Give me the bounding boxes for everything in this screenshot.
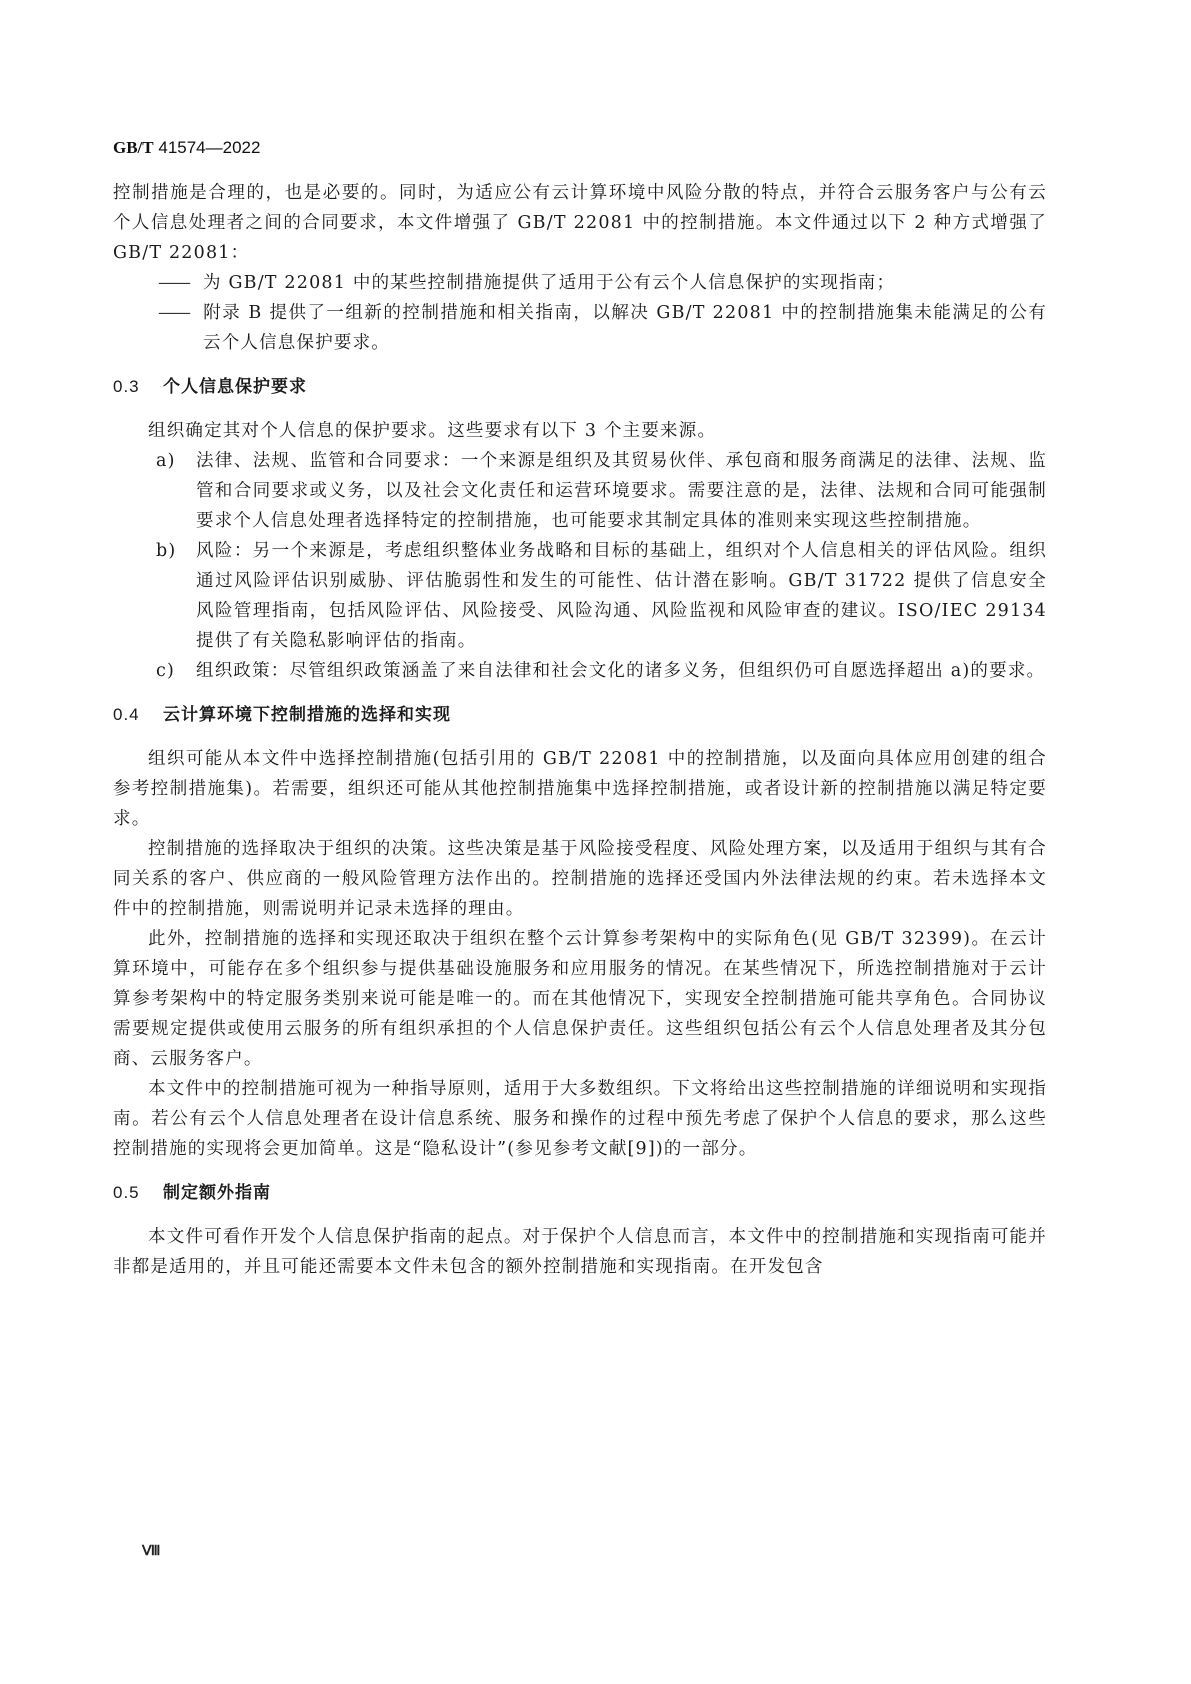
list-item-c: c) 组织政策：尽管组织政策涵盖了来自法律和社会文化的诸多义务，但组织仍可自愿选… [113,656,1047,686]
section-paragraph: 本文件可看作开发个人信息保护指南的起点。对于保护个人信息而言，本文件中的控制措施… [113,1222,1047,1282]
dash-list-item: ——为 GB/T 22081 中的某些控制措施提供了适用于公有云个人信息保护的实… [158,268,1047,298]
em-dash-marker: —— [158,298,203,328]
dash-list-item: ——附录 B 提供了一组新的控制措施和相关指南，以解决 GB/T 22081 中… [158,298,1047,358]
list-item-text: 组织政策：尽管组织政策涵盖了来自法律和社会文化的诸多义务，但组织仍可自愿选择超出… [196,656,1047,686]
section-number: 0.3 [113,372,163,402]
list-item-text: 风险：另一个来源是，考虑组织整体业务战略和目标的基础上，组织对个人信息相关的评估… [196,536,1047,656]
section-paragraph: 本文件中的控制措施可视为一种指导原则，适用于大多数组织。下文将给出这些控制措施的… [113,1074,1047,1164]
section-title: 个人信息保护要求 [163,377,307,397]
section-paragraph: 组织可能从本文件中选择控制措施(包括引用的 GB/T 22081 中的控制措施，… [113,744,1047,834]
section-paragraph: 组织确定其对个人信息的保护要求。这些要求有以下 3 个主要来源。 [113,416,1047,446]
standard-prefix: GB/T [113,138,154,157]
list-item-a: a) 法律、法规、监管和合同要求：一个来源是组织及其贸易伙伴、承包商和服务商满足… [113,446,1047,536]
section-heading-0-5: 0.5制定额外指南 [113,1178,1047,1208]
list-item-label: b) [156,536,176,566]
section-title: 制定额外指南 [163,1183,271,1203]
em-dash-marker: —— [158,268,203,298]
section-heading-0-4: 0.4云计算环境下控制措施的选择和实现 [113,700,1047,730]
section-title: 云计算环境下控制措施的选择和实现 [163,705,451,725]
standard-code-header: GB/T 41574—2022 [113,138,260,158]
list-item-b: b) 风险：另一个来源是，考虑组织整体业务战略和目标的基础上，组织对个人信息相关… [113,536,1047,656]
page-number: Ⅷ [142,1543,159,1560]
list-item-label: a) [156,446,176,476]
section-number: 0.4 [113,700,163,730]
list-item-label: c) [156,656,175,686]
standard-number: 41574—2022 [158,138,260,157]
section-paragraph: 此外，控制措施的选择和实现还取决于组织在整个云计算参考架构中的实际角色(见 GB… [113,924,1047,1074]
dash-item-text: 附录 B 提供了一组新的控制措施和相关指南，以解决 GB/T 22081 中的控… [203,303,1047,353]
section-number: 0.5 [113,1178,163,1208]
dash-item-text: 为 GB/T 22081 中的某些控制措施提供了适用于公有云个人信息保护的实现指… [203,273,895,293]
document-page: GB/T 41574—2022 控制措施是合理的，也是必要的。同时，为适应公有云… [0,0,1191,1684]
section-paragraph: 控制措施的选择取决于组织的决策。这些决策是基于风险接受程度、风险处理方案，以及适… [113,834,1047,924]
list-item-text: 法律、法规、监管和合同要求：一个来源是组织及其贸易伙伴、承包商和服务商满足的法律… [196,446,1047,536]
document-body: 控制措施是合理的，也是必要的。同时，为适应公有云计算环境中风险分散的特点，并符合… [113,178,1047,1282]
intro-paragraph: 控制措施是合理的，也是必要的。同时，为适应公有云计算环境中风险分散的特点，并符合… [113,178,1047,268]
section-heading-0-3: 0.3个人信息保护要求 [113,372,1047,402]
